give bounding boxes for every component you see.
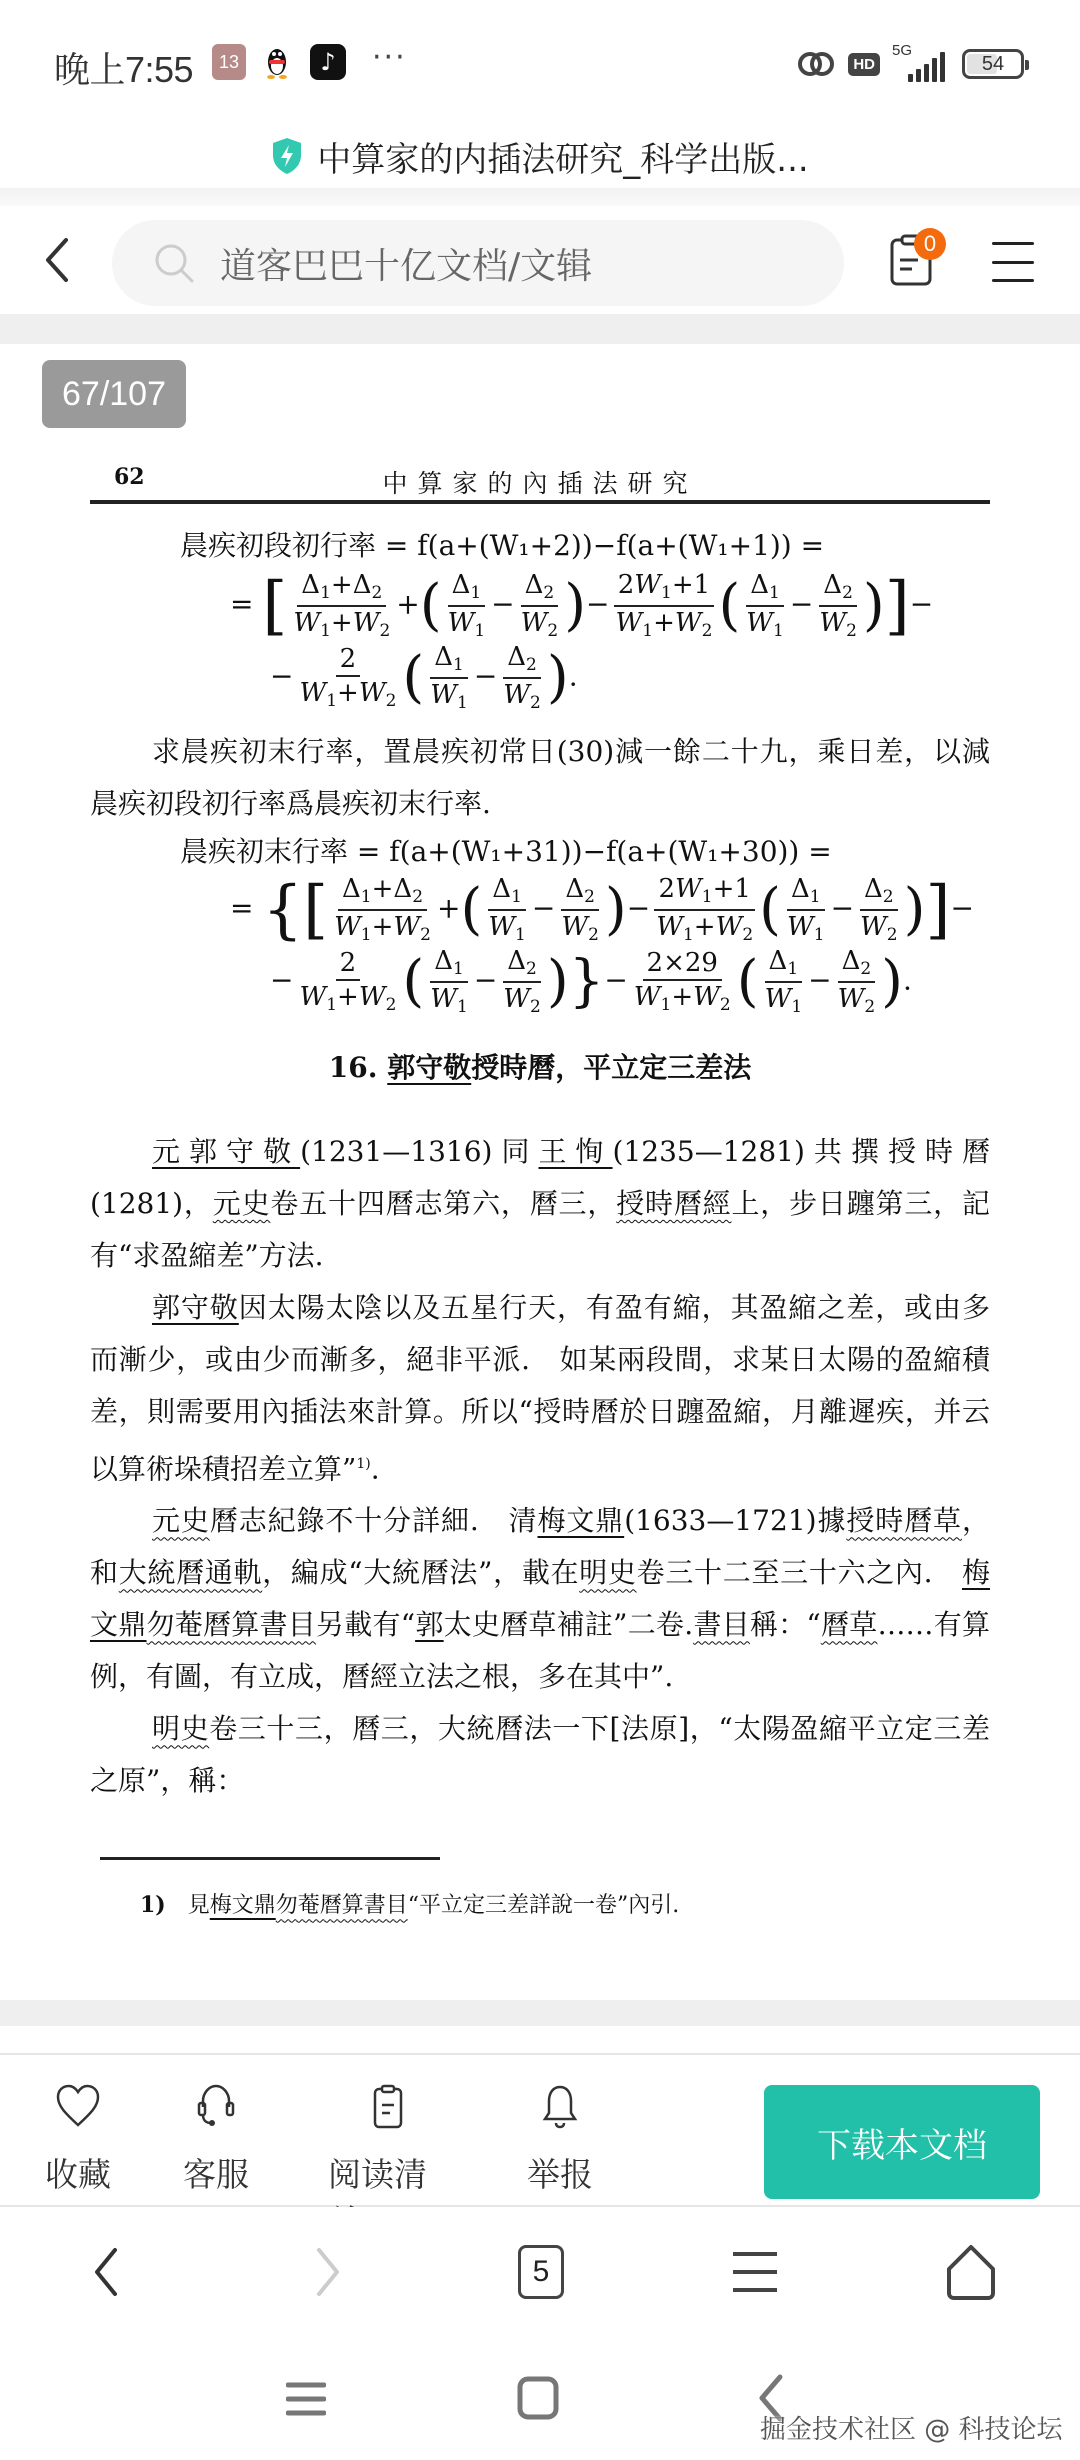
chevron-right-icon	[307, 2244, 347, 2300]
battery-icon: 54	[962, 49, 1024, 79]
equation-2-line-1: 晨疾初末行率 = f(a+(W₁+31))−f(a+(W₁+30)) =	[180, 838, 990, 866]
browser-menu-button[interactable]	[720, 2237, 790, 2307]
tabs-button[interactable]: 5	[506, 2237, 576, 2307]
status-icons: HD 5G 54	[796, 44, 1024, 84]
browser-toolbar: 5	[0, 2207, 1080, 2333]
link-icon	[796, 48, 836, 80]
bell-icon	[535, 2081, 585, 2131]
menu-button[interactable]	[992, 242, 1034, 282]
footnote: 1)見梅文鼎勿菴曆算書目“平立定三差詳說一卷”內引.	[140, 1888, 990, 1919]
more-notifications-icon: ···	[372, 40, 407, 75]
search-placeholder: 道客巴巴十亿文档/文辑	[220, 238, 592, 289]
chevron-left-icon	[87, 2244, 127, 2300]
divider	[0, 188, 1080, 206]
watermark: 掘金技术社区 @ 科技论坛	[760, 2409, 1063, 2446]
paragraph-5: 明史卷三十三，曆三，大統曆法一下[法原]，“太陽盈縮平立定三差之原”，稱：	[90, 1703, 990, 1807]
section-heading: 16. 郭守敬授時曆，平立定三差法	[90, 1046, 990, 1086]
paragraph-2: 元郭守敬(1231—1316)同王恂(1235—1281)共撰授時曆(1281)…	[90, 1126, 990, 1282]
page-counter: 67/107	[42, 360, 186, 428]
divider	[0, 2000, 1080, 2026]
running-title: 中算家的內插法研究	[90, 464, 990, 500]
heart-icon	[53, 2081, 103, 2131]
footnote-divider	[100, 1857, 440, 1860]
divider	[0, 314, 1080, 344]
running-head: 62 中算家的內插法研究	[90, 464, 990, 504]
equation-1-line-3: −2W1+W2(Δ1W1−Δ2W2).	[270, 644, 990, 712]
clipboard-icon	[363, 2081, 413, 2131]
equation-1-line-2: = [Δ1+Δ2W1+W2+(Δ1W1−Δ2W2)−2W1+1W1+W2(Δ1W…	[230, 572, 990, 640]
calendar-notification-icon: 13	[212, 44, 246, 80]
paragraph-3: 郭守敬因太陽太陰以及五星行天，有盈有縮，其盈縮之差，或由多而漸少，或由少而漸多，…	[90, 1282, 990, 1495]
reading-list-badge: 0	[914, 228, 946, 260]
page-title: 中算家的内插法研究_科学出版...	[317, 132, 808, 181]
browser-back-button[interactable]	[72, 2237, 142, 2307]
document-viewer[interactable]: 67/107 62 中算家的內插法研究 晨疾初段初行率 = f(a+(W₁+2)…	[0, 344, 1080, 2000]
browser-title-row: 中算家的内插法研究_科学出版...	[0, 124, 1080, 188]
headset-icon	[191, 2081, 241, 2131]
customer-service-button[interactable]: 客服	[156, 2081, 276, 2196]
system-navigation-bar: 掘金技术社区 @ 科技论坛	[0, 2333, 1080, 2460]
status-time: 晚上7:55	[54, 42, 193, 93]
footnote-ref[interactable]: 1)	[356, 1456, 370, 1472]
recent-apps-button[interactable]	[286, 2379, 326, 2419]
signal-icon: 5G	[892, 44, 950, 84]
qq-icon	[262, 44, 292, 80]
download-button[interactable]: 下载本文档	[764, 2085, 1040, 2199]
search-input[interactable]: 道客巴巴十亿文档/文辑	[112, 220, 844, 306]
home-icon	[945, 2243, 997, 2301]
hd-icon: HD	[848, 53, 880, 76]
search-icon	[152, 241, 196, 285]
tiktok-icon: ♪	[310, 44, 346, 80]
browser-forward-button[interactable]	[292, 2237, 362, 2307]
menu-icon	[731, 2248, 779, 2296]
document-page: 62 中算家的內插法研究 晨疾初段初行率 = f(a+(W₁+2))−f(a+(…	[90, 464, 990, 1919]
shield-bolt-icon	[271, 137, 303, 175]
favorite-button[interactable]: 收藏	[18, 2081, 138, 2196]
report-button[interactable]: 举报	[500, 2081, 620, 2196]
system-home-button[interactable]	[516, 2375, 560, 2421]
equation-1-line-1: 晨疾初段初行率 = f(a+(W₁+2))−f(a+(W₁+1)) =	[180, 532, 990, 560]
equation-2-line-3: −2W1+W2(Δ1W1−Δ2W2)}−2×29W1+W2(Δ1W1−Δ2W2)…	[270, 948, 990, 1016]
status-bar: 晚上7:55 13 ♪ ··· HD 5G 54	[0, 0, 1080, 125]
paragraph-4: 元史曆志紀錄不十分詳細. 清梅文鼎(1633—1721)據授時曆草，和大統曆通軌…	[90, 1495, 990, 1703]
action-bar: 收藏 客服 阅读清单 举报 下载本文档	[0, 2053, 1080, 2207]
paragraph-1: 求晨疾初末行率，置晨疾初常日(30)減一餘二十九，乘日差，以減晨疾初段初行率爲晨…	[90, 726, 990, 830]
browser-home-button[interactable]	[936, 2237, 1006, 2307]
tab-count: 5	[518, 2245, 564, 2299]
nav-header: 道客巴巴十亿文档/文辑 0	[0, 206, 1080, 314]
equation-2-line-2: = {[Δ1+Δ2W1+W2+(Δ1W1−Δ2W2)−2W1+1W1+W2(Δ1…	[230, 876, 990, 944]
back-button[interactable]	[38, 234, 78, 286]
